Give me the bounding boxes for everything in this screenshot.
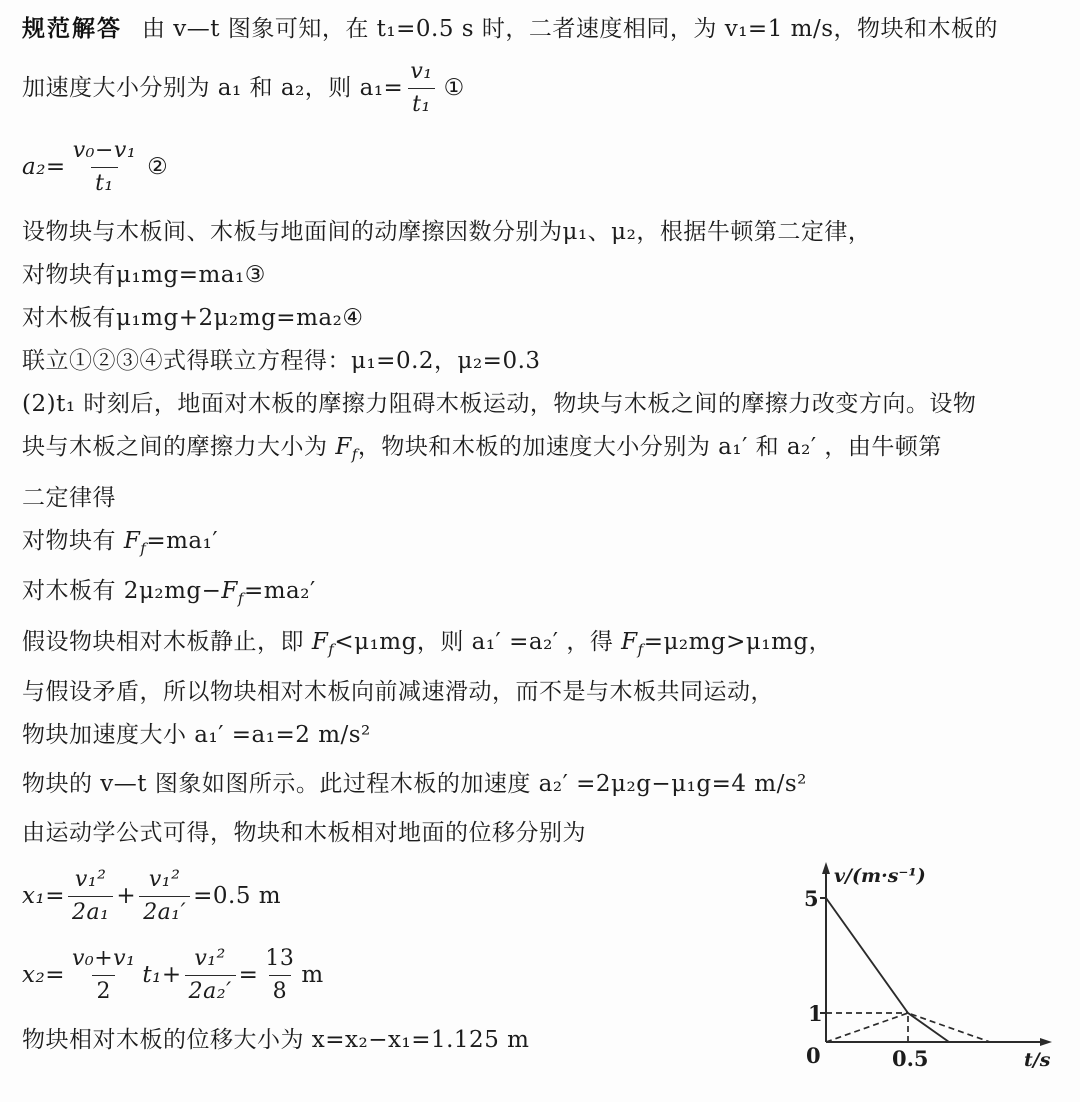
y-axis-arrow-icon (822, 862, 830, 874)
x-axis-arrow-icon (1040, 1038, 1052, 1046)
line-17: 由运动学公式可得，物块和木板相对地面的位移分别为 (22, 818, 1060, 849)
fraction-numerator: v₀−v₁ (69, 138, 140, 167)
line-1: 规范解答由 v—t 图象可知，在 t₁=0.5 s 时，二者速度相同，为 v₁=… (22, 14, 1060, 45)
line-13: 假设物块相对木板静止，即 Ff<μ₁mg，则 a₁′ =a₂′ ，得 Ff=μ₂… (22, 627, 1060, 666)
fraction: v₁²2a₁ (68, 867, 113, 926)
line-8: (2)t₁ 时刻后，地面对木板的摩擦力阻碍木板运动，物块与木板之间的摩擦力改变方… (22, 389, 1060, 420)
fraction-numerator: v₁² (71, 867, 111, 896)
fraction-numerator: 13 (261, 946, 298, 975)
line-12: 对木板有 2μ₂mg−Ff=ma₂′ (22, 576, 1060, 615)
fraction-denominator: 8 (269, 975, 292, 1005)
line-13-a: 假设物块相对木板静止，即 (22, 629, 312, 655)
fraction-denominator: 2a₂′ (185, 975, 236, 1005)
plus-operator: + (116, 881, 136, 912)
line-10: 二定律得 (22, 483, 1060, 514)
fraction-numerator: v₁² (190, 946, 230, 975)
equation-x2-mid: t₁+ (142, 960, 181, 991)
equation-x1-lead: x₁= (22, 881, 65, 912)
line-5: 对物块有μ₁mg=ma₁③ (22, 260, 1060, 291)
line-11: 对物块有 Ff=ma₁′ (22, 526, 1060, 565)
fraction: v₁t₁ (406, 59, 436, 118)
force-symbol: F (312, 629, 328, 655)
line-11-a: 对物块有 (22, 528, 124, 554)
force-symbol: F (335, 434, 351, 460)
force-symbol: F (621, 629, 637, 655)
equation-x1-result: =0.5 m (193, 881, 281, 912)
line-4: 设物块与木板间、木板与地面间的动摩擦因数分别为μ₁、μ₂，根据牛顿第二定律， (22, 217, 1060, 248)
force-symbol: F (221, 578, 237, 604)
equation-x2-lead: x₂= (22, 960, 65, 991)
line-9: 块与木板之间的摩擦力大小为 Ff，物块和木板的加速度大小分别为 a₁′ 和 a₂… (22, 432, 1060, 471)
line-12-a: 对木板有 2μ₂mg− (22, 578, 221, 604)
line-9-a: 块与木板之间的摩擦力大小为 (22, 434, 335, 460)
line-12-b: =ma₂′ (244, 578, 316, 604)
equation-a2-lead: a₂= (22, 152, 66, 183)
line-16: 物块的 v—t 图象如图所示。此过程木板的加速度 a₂′ =2μ₂g−μ₁g=4… (22, 769, 1060, 800)
y-axis-label: v/(m·s⁻¹) (834, 865, 926, 887)
fraction: v₁²2a₁′ (139, 867, 190, 926)
line-13-c: =μ₂mg>μ₁mg， (644, 629, 832, 655)
line-11-b: =ma₁′ (146, 528, 218, 554)
line-14: 与假设矛盾，所以物块相对木板向前减速滑动，而不是与木板共同运动， (22, 677, 1060, 708)
equals-operator: = (239, 960, 259, 991)
fraction-denominator: t₁ (408, 88, 435, 118)
fraction-numerator: v₀+v₁ (68, 946, 139, 975)
equation-a1: 加速度大小分别为 a₁ 和 a₂，则 a₁= v₁t₁ ① (22, 59, 1060, 118)
force-symbol: F (124, 528, 140, 554)
y-tick-label-5: 5 (804, 886, 819, 911)
origin-label: 0 (806, 1043, 821, 1068)
fraction-numerator: v₁² (145, 867, 185, 896)
line-6: 对木板有μ₁mg+2μ₂mg=ma₂④ (22, 303, 1060, 334)
fraction-numerator: v₁ (406, 59, 436, 88)
equation-tag-2: ② (147, 152, 168, 183)
vt-graph-svg: v/(m·s⁻¹) t/s 5 1 0 0.5 (792, 858, 1080, 1098)
fraction: v₀+v₁2 (68, 946, 139, 1005)
fraction: v₀−v₁t₁ (69, 138, 140, 197)
fraction: 138 (261, 946, 298, 1005)
line-7: 联立①②③④式得联立方程得：μ₁=0.2，μ₂=0.3 (22, 346, 1060, 377)
fraction-denominator: 2a₁′ (139, 896, 190, 926)
section-heading: 规范解答 (22, 16, 122, 42)
fraction-denominator: t₁ (91, 167, 118, 197)
y-tick-label-1: 1 (808, 1001, 823, 1026)
equation-tag-1: ① (444, 73, 465, 104)
equation-x2-unit: m (301, 960, 323, 991)
line-15: 物块加速度大小 a₁′ =a₁=2 m/s² (22, 720, 1060, 751)
line-9-b: ，物块和木板的加速度大小分别为 a₁′ 和 a₂′ ，由牛顿第 (358, 434, 942, 460)
fraction-denominator: 2 (92, 975, 115, 1005)
equation-a2: a₂= v₀−v₁t₁ ② (22, 138, 1060, 197)
line-13-b: <μ₁mg，则 a₁′ =a₂′ ，得 (334, 629, 621, 655)
x-tick-label-05: 0.5 (892, 1046, 929, 1071)
solution-page: 规范解答由 v—t 图象可知，在 t₁=0.5 s 时，二者速度相同，为 v₁=… (0, 0, 1080, 1102)
equation-a1-lead: 加速度大小分别为 a₁ 和 a₂，则 a₁= (22, 73, 403, 104)
fraction-denominator: 2a₁ (68, 896, 113, 926)
fraction: v₁²2a₂′ (185, 946, 236, 1005)
vt-graph: v/(m·s⁻¹) t/s 5 1 0 0.5 (792, 858, 1080, 1098)
x-axis-label: t/s (1024, 1049, 1051, 1071)
line-1-text: 由 v—t 图象可知，在 t₁=0.5 s 时，二者速度相同，为 v₁=1 m/… (142, 16, 998, 42)
